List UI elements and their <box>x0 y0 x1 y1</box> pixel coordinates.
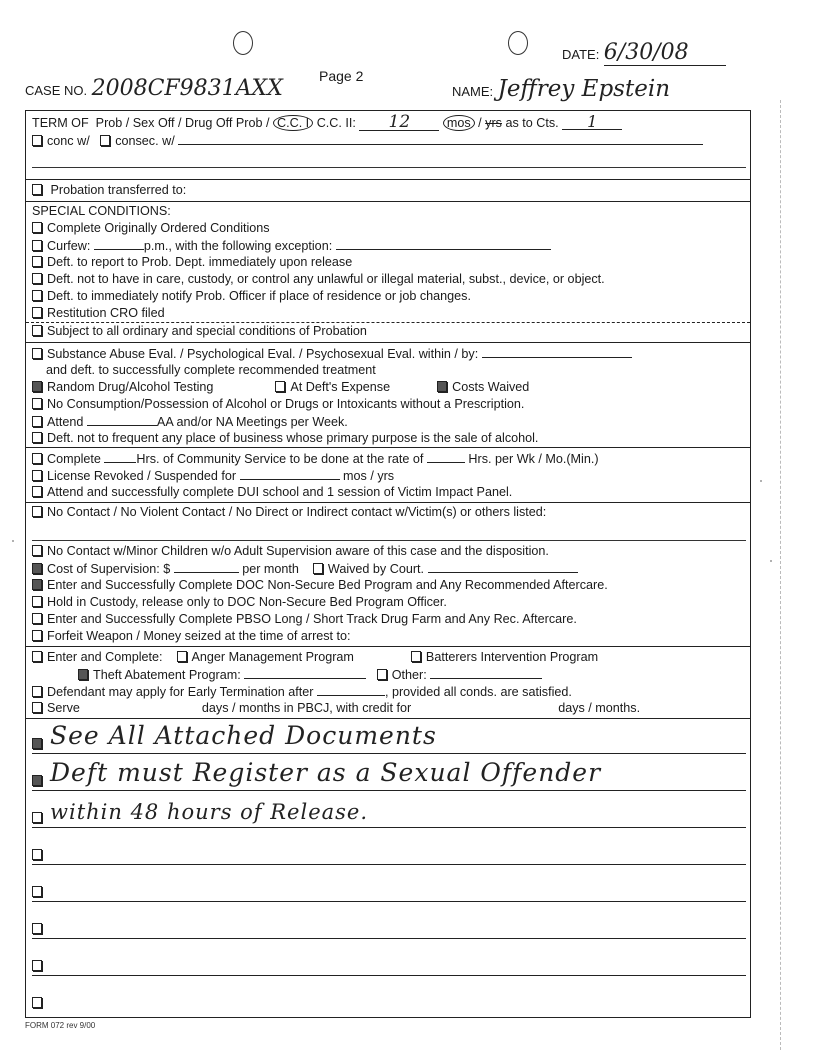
checkbox[interactable] <box>32 886 42 897</box>
checkbox[interactable] <box>32 563 42 574</box>
yrs-option[interactable]: yrs <box>485 116 502 130</box>
scan-speck <box>760 480 762 482</box>
divider <box>26 322 750 323</box>
condition-label: AA and/or NA Meetings per Week. <box>157 415 348 429</box>
consec-line[interactable] <box>178 133 703 145</box>
date-label: DATE: <box>562 47 599 62</box>
early-term-field[interactable] <box>317 684 385 696</box>
condition-label: Complete <box>47 452 101 466</box>
condition-label: days / months. <box>558 701 640 715</box>
term-blank-line[interactable] <box>32 167 746 168</box>
condition-label: days / months in PBCJ, with credit for <box>202 701 411 715</box>
form-number: FORM 072 rev 9/00 <box>25 1021 95 1030</box>
checkbox[interactable] <box>32 960 42 971</box>
condition-dui: Attend and successfully complete DUI sch… <box>32 485 746 500</box>
checkbox[interactable] <box>32 775 42 786</box>
condition-license: License Revoked / Suspended for mos / yr… <box>32 468 746 484</box>
license-duration-field[interactable] <box>240 468 340 480</box>
condition-minor-children: No Contact w/Minor Children w/o Adult Su… <box>32 544 746 559</box>
condition-evaluation-cont: and deft. to successfully complete recom… <box>46 363 746 378</box>
condition-report-prob: Deft. to report to Prob. Dept. immediate… <box>32 255 746 270</box>
condition-label: Serve <box>47 701 80 715</box>
condition-label: At Deft's Expense <box>290 380 390 394</box>
curfew-time-field[interactable] <box>94 238 144 250</box>
probation-transfer-row: Probation transferred to: <box>32 183 746 198</box>
term-row: TERM OF Prob / Sex Off / Drug Off Prob /… <box>32 114 746 131</box>
condition-label: Enter and Complete: <box>47 650 163 664</box>
no-contact-names-line[interactable] <box>32 540 746 541</box>
handwritten-condition-8 <box>32 982 746 1012</box>
handwritten-text[interactable]: Deft must Register as a Sexual Offender <box>50 758 601 787</box>
checkbox[interactable] <box>32 416 42 427</box>
checkbox[interactable] <box>32 579 42 590</box>
cc2-value[interactable]: 12 <box>359 115 439 131</box>
checkbox[interactable] <box>32 486 42 497</box>
curfew-exception-field[interactable] <box>336 238 551 250</box>
condition-theft-other: Theft Abatement Program: Other: <box>78 667 746 683</box>
condition-pbso: Enter and Successfully Complete PBSO Lon… <box>32 612 746 627</box>
name-label: NAME: <box>452 84 493 99</box>
waived-court-checkbox[interactable] <box>313 563 323 574</box>
checkbox[interactable] <box>32 290 42 301</box>
divider <box>26 179 750 180</box>
checkbox[interactable] <box>32 849 42 860</box>
concurrent-row: conc w/ consec. w/ <box>32 133 746 149</box>
condition-serve: Serve days / months in PBCJ, with credit… <box>32 701 746 716</box>
condition-label: Enter and Successfully Complete DOC Non-… <box>47 578 608 592</box>
checkbox[interactable] <box>32 997 42 1008</box>
theft-checkbox[interactable] <box>78 669 88 680</box>
checkbox[interactable] <box>32 273 42 284</box>
condition-label: Deft. to report to Prob. Dept. immediate… <box>47 255 352 269</box>
condition-label: Hrs. of Community Service to be done at … <box>136 452 423 466</box>
consec-label: consec. w/ <box>115 134 175 148</box>
name-field: NAME: Jeffrey Epstein <box>452 76 670 102</box>
handwritten-text[interactable]: See All Attached Documents <box>50 721 437 750</box>
divider <box>26 646 750 647</box>
condition-label: No Contact w/Minor Children w/o Adult Su… <box>47 544 549 558</box>
date-value[interactable]: 6/30/08 <box>604 40 726 66</box>
condition-label: Deft. to immediately notify Prob. Office… <box>47 289 471 303</box>
anger-checkbox[interactable] <box>177 651 187 662</box>
handwritten-text[interactable]: within 48 hours of Release. <box>50 800 368 824</box>
costs-waived-checkbox[interactable] <box>437 381 447 392</box>
condition-cost-supervision: Cost of Supervision: $ per month Waived … <box>32 561 746 577</box>
term-prefix: TERM OF <box>32 116 89 130</box>
checkbox[interactable] <box>32 545 42 556</box>
condition-label: Forfeit Weapon / Money seized at the tim… <box>47 629 351 643</box>
rate-field[interactable] <box>427 451 465 463</box>
divider <box>26 718 750 719</box>
random-testing-checkbox[interactable] <box>32 381 42 392</box>
case-number-field: CASE NO. 2008CF9831AXX <box>25 76 283 101</box>
punch-hole-left <box>233 31 253 55</box>
as-to-cts-label: as to Cts. <box>505 116 558 130</box>
term-options: Prob / Sex Off / Drug Off Prob / <box>96 116 270 130</box>
condition-label: Theft Abatement Program: <box>93 668 241 682</box>
condition-label: Complete Originally Ordered Conditions <box>47 221 270 235</box>
checkbox[interactable] <box>32 651 42 662</box>
condition-label: Hold in Custody, release only to DOC Non… <box>47 595 447 609</box>
condition-label: Attend <box>47 415 83 429</box>
checkbox[interactable] <box>32 812 42 823</box>
condition-label: Defendant may apply for Early Terminatio… <box>47 685 313 699</box>
handwritten-condition-3: within 48 hours of Release. <box>32 797 746 828</box>
checkbox[interactable] <box>32 470 42 481</box>
conc-label: conc w/ <box>47 134 90 148</box>
condition-label: Batterers Intervention Program <box>426 650 598 664</box>
checkbox[interactable] <box>32 630 42 641</box>
condition-label: Subject to all ordinary and special cond… <box>47 324 367 338</box>
handwritten-condition-5 <box>32 871 746 902</box>
condition-label: Substance Abuse Eval. / Psychological Ev… <box>47 347 478 361</box>
cc1-option[interactable]: C.C. I <box>273 115 313 131</box>
divider <box>26 201 750 202</box>
punch-hole-right <box>508 31 528 55</box>
condition-label: Other: <box>392 668 427 682</box>
condition-label: Hrs. per Wk / Mo.(Min.) <box>468 452 598 466</box>
checkbox[interactable] <box>32 240 42 251</box>
condition-label: Random Drug/Alcohol Testing <box>47 380 213 394</box>
checkbox[interactable] <box>32 432 42 443</box>
waived-field[interactable] <box>428 561 578 573</box>
hours-field[interactable] <box>104 451 136 463</box>
condition-doc-bed: Enter and Successfully Complete DOC Non-… <box>32 578 746 593</box>
condition-label: Deft. not to have in care, custody, or c… <box>47 272 605 286</box>
supervision-cost-field[interactable] <box>174 561 239 573</box>
condition-enter-complete: Enter and Complete: Anger Management Pro… <box>32 650 746 665</box>
conc-checkbox[interactable] <box>32 135 42 146</box>
checkbox[interactable] <box>32 325 42 336</box>
case-number-value[interactable]: 2008CF9831AXX <box>92 76 283 101</box>
checkbox[interactable] <box>32 506 42 517</box>
condition-no-unlawful-material: Deft. not to have in care, custody, or c… <box>32 272 746 287</box>
checkbox[interactable] <box>32 702 42 713</box>
condition-restitution: Restitution CRO filed <box>32 306 746 321</box>
condition-community-service: Complete Hrs. of Community Service to be… <box>32 451 746 467</box>
divider <box>26 447 750 448</box>
other-checkbox[interactable] <box>377 669 387 680</box>
checkbox[interactable] <box>32 613 42 624</box>
condition-label: Deft. not to frequent any place of busin… <box>47 431 538 445</box>
batterers-checkbox[interactable] <box>411 651 421 662</box>
checkbox[interactable] <box>32 686 42 697</box>
condition-hold-custody: Hold in Custody, release only to DOC Non… <box>32 595 746 610</box>
cts-value[interactable]: 1 <box>562 114 622 130</box>
cc2-label: C.C. II: <box>317 116 356 130</box>
checkbox[interactable] <box>32 738 42 749</box>
condition-label: Enter and Successfully Complete PBSO Lon… <box>47 612 577 626</box>
checkbox[interactable] <box>32 256 42 267</box>
condition-label: per month <box>242 562 299 576</box>
consec-checkbox[interactable] <box>100 135 110 146</box>
condition-label: No Consumption/Possession of Alcohol or … <box>47 397 524 411</box>
condition-no-frequent: Deft. not to frequent any place of busin… <box>32 431 746 446</box>
aa-count-field[interactable] <box>87 414 157 426</box>
name-value[interactable]: Jeffrey Epstein <box>498 76 670 102</box>
divider <box>26 502 750 503</box>
condition-random-testing: Random Drug/Alcohol Testing At Deft's Ex… <box>32 380 746 395</box>
condition-label: License Revoked / Suspended for <box>47 469 236 483</box>
handwritten-condition-1: See All Attached Documents <box>32 723 746 754</box>
transfer-checkbox[interactable] <box>32 184 42 195</box>
condition-label: Curfew: <box>47 239 90 253</box>
scan-speck <box>12 540 14 542</box>
checkbox[interactable] <box>32 453 42 464</box>
right-edge-line <box>780 100 781 1050</box>
handwritten-condition-7 <box>32 945 746 976</box>
defts-expense-checkbox[interactable] <box>275 381 285 392</box>
condition-label: p.m., with the following exception: <box>144 239 332 253</box>
special-conditions-heading: SPECIAL CONDITIONS: <box>32 204 746 219</box>
condition-notify-officer: Deft. to immediately notify Prob. Office… <box>32 289 746 304</box>
condition-label: Costs Waived <box>452 380 529 394</box>
handwritten-condition-2: Deft must Register as a Sexual Offender <box>32 760 746 791</box>
mos-option[interactable]: mos <box>443 115 475 131</box>
condition-early-termination: Defendant may apply for Early Terminatio… <box>32 684 746 700</box>
condition-label: Anger Management Program <box>192 650 354 664</box>
condition-complete-original: Complete Originally Ordered Conditions <box>32 221 746 236</box>
checkbox[interactable] <box>32 398 42 409</box>
checkbox[interactable] <box>32 923 42 934</box>
condition-forfeit: Forfeit Weapon / Money seized at the tim… <box>32 629 746 644</box>
checkbox[interactable] <box>32 348 42 359</box>
checkbox[interactable] <box>32 596 42 607</box>
condition-label: mos / yrs <box>343 469 394 483</box>
theft-field[interactable] <box>244 667 366 679</box>
condition-label: Attend and successfully complete DUI sch… <box>47 485 512 499</box>
condition-subject-all: Subject to all ordinary and special cond… <box>32 324 746 339</box>
condition-label: , provided all conds. are satisfied. <box>385 685 572 699</box>
condition-label: Waived by Court. <box>328 562 424 576</box>
condition-curfew: Curfew: p.m., with the following excepti… <box>32 238 746 254</box>
case-number-label: CASE NO. <box>25 83 87 98</box>
transfer-label: Probation transferred to: <box>51 183 187 197</box>
other-field[interactable] <box>430 667 542 679</box>
condition-attend-aa: Attend AA and/or NA Meetings per Week. <box>32 414 746 430</box>
divider <box>26 342 750 343</box>
eval-date-field[interactable] <box>482 346 632 358</box>
condition-label: Cost of Supervision: $ <box>47 562 170 576</box>
condition-evaluation: Substance Abuse Eval. / Psychological Ev… <box>32 346 746 362</box>
condition-no-contact: No Contact / No Violent Contact / No Dir… <box>32 505 746 520</box>
handwritten-condition-4 <box>32 834 746 865</box>
condition-label: Restitution CRO filed <box>47 306 165 320</box>
scan-speck <box>770 560 772 562</box>
handwritten-condition-6 <box>32 908 746 939</box>
condition-no-consumption: No Consumption/Possession of Alcohol or … <box>32 397 746 412</box>
date-field: DATE: 6/30/08 <box>562 40 726 66</box>
checkbox[interactable] <box>32 222 42 233</box>
page-label: Page 2 <box>319 68 363 84</box>
condition-label: No Contact / No Violent Contact / No Dir… <box>47 505 546 519</box>
conditions-form: TERM OF Prob / Sex Off / Drug Off Prob /… <box>25 110 751 1018</box>
checkbox[interactable] <box>32 307 42 318</box>
